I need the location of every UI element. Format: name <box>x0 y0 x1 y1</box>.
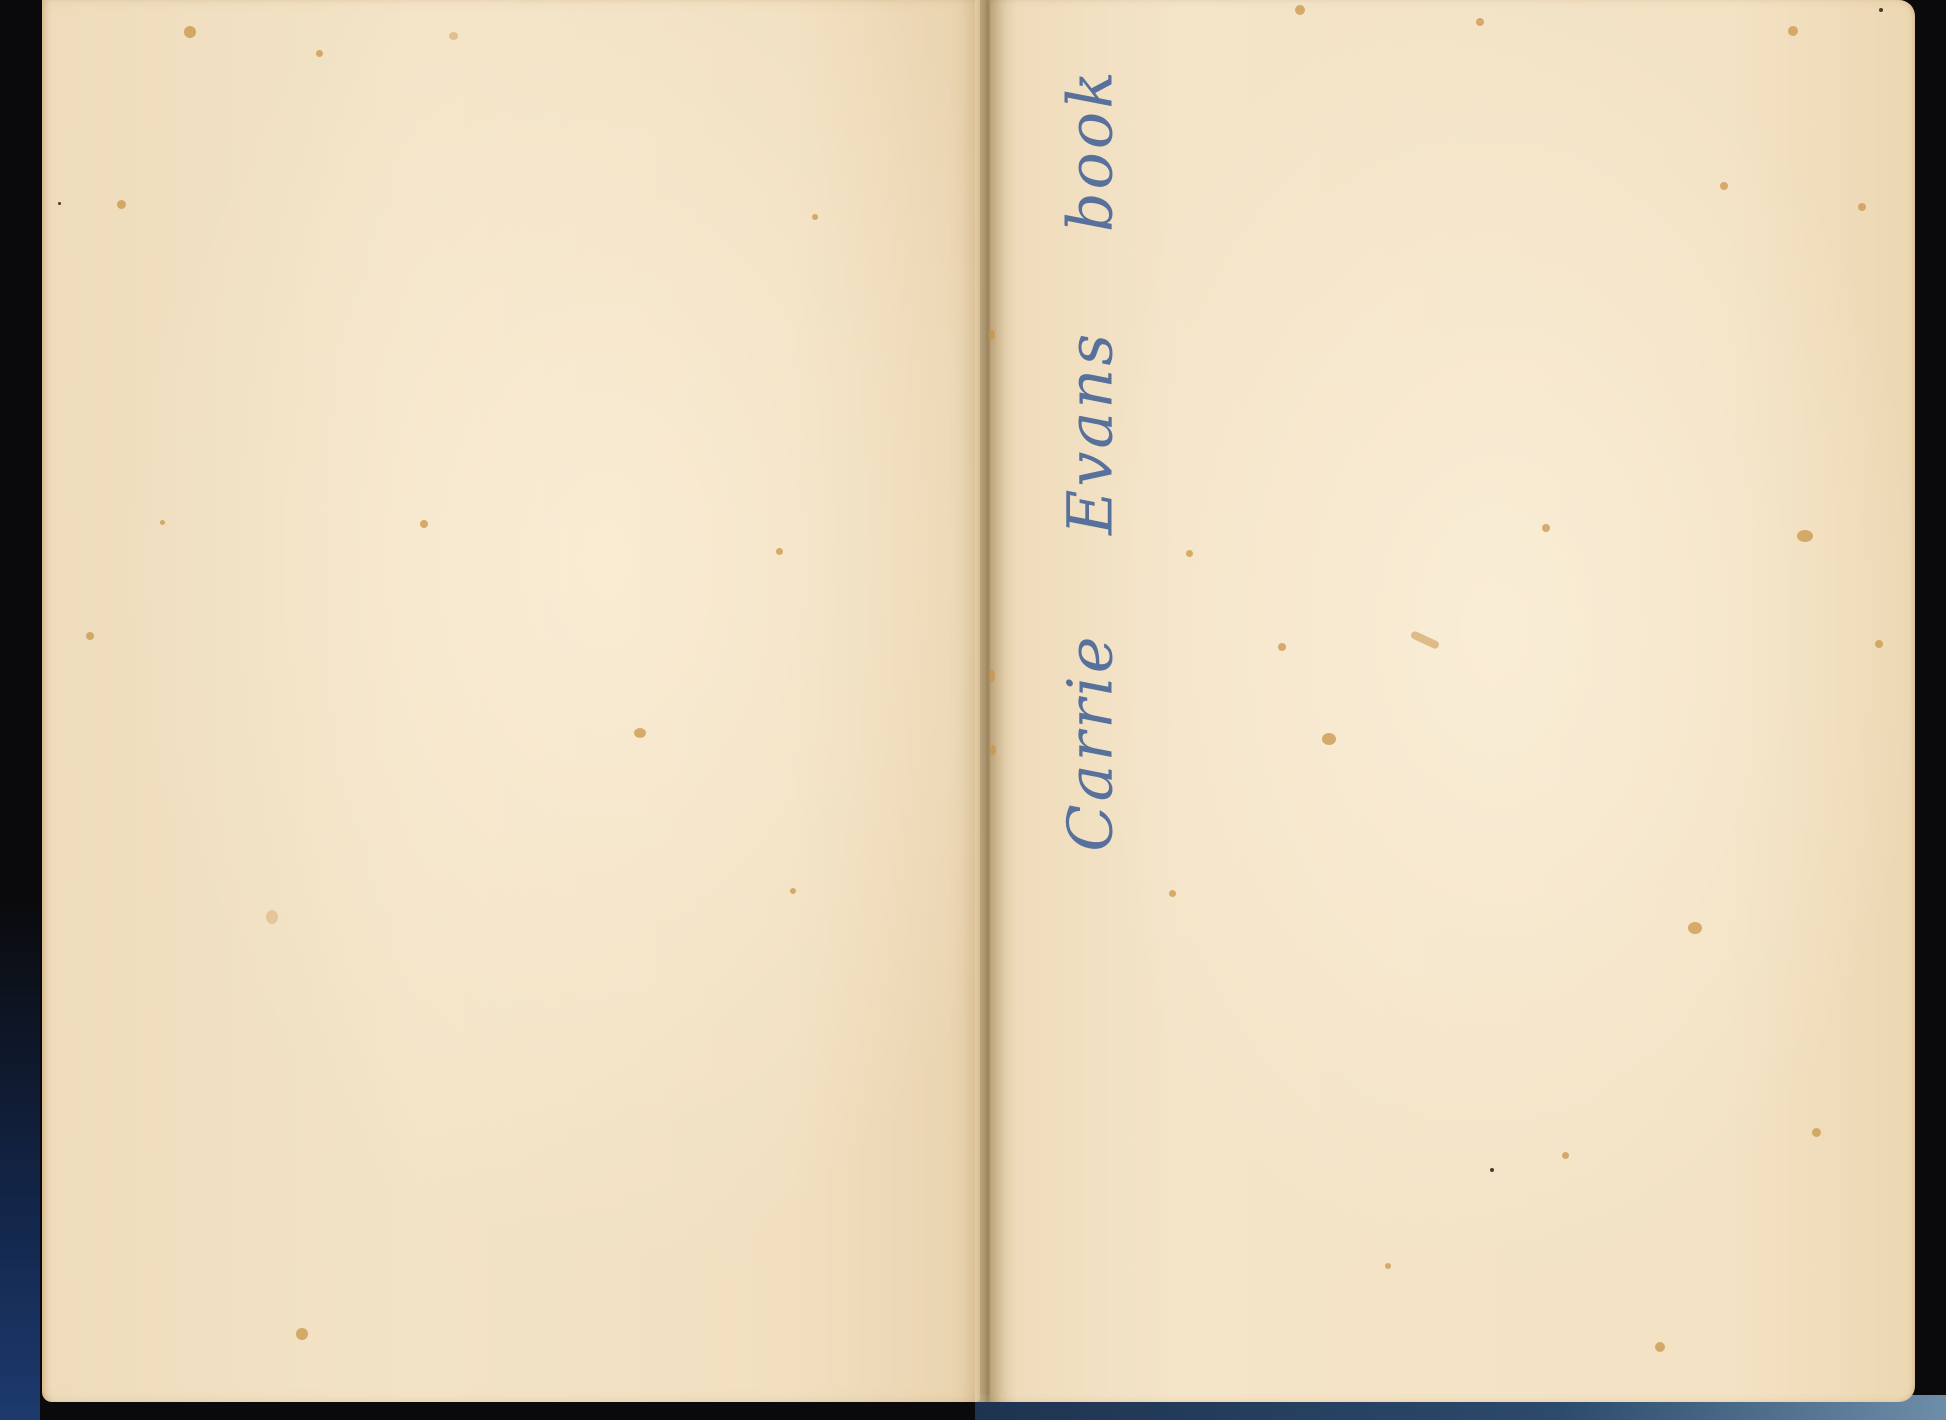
left-endpage <box>42 0 980 1402</box>
handwritten-inscription: Carrie Evans book <box>1030 110 1150 810</box>
background-blue-edge-left <box>0 900 40 1420</box>
inscription-word-1: Carrie <box>1054 634 1127 852</box>
inscription-word-3: book <box>1054 68 1127 232</box>
inscription-word-2: Evans <box>1054 331 1127 535</box>
